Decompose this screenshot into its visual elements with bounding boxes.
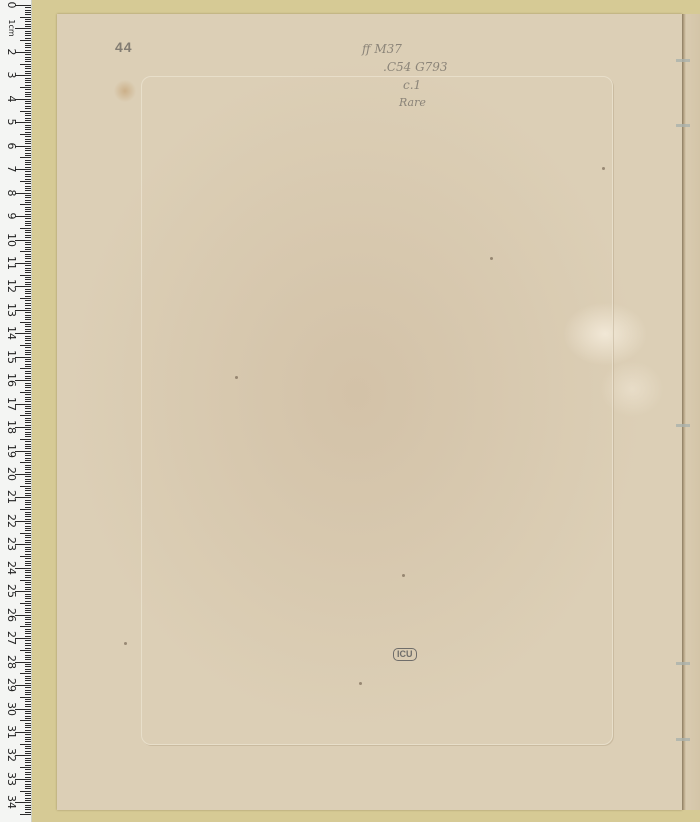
ruler-tick bbox=[25, 225, 31, 226]
ruler-tick bbox=[25, 469, 31, 470]
platemark-border bbox=[141, 76, 613, 745]
ruler-number: 15 bbox=[5, 348, 17, 366]
measuring-ruler: 01cm234567891011121314151617181920212223… bbox=[0, 0, 32, 822]
ruler-tick bbox=[25, 526, 31, 527]
ruler-tick bbox=[25, 420, 31, 421]
ruler-tick bbox=[20, 673, 31, 674]
ruler-tick bbox=[25, 115, 31, 116]
ruler-tick bbox=[25, 612, 31, 613]
ruler-tick bbox=[25, 223, 31, 224]
ruler-tick bbox=[20, 462, 31, 463]
ruler-tick bbox=[25, 798, 31, 799]
ruler-tick bbox=[25, 108, 31, 109]
ruler-tick bbox=[25, 277, 31, 278]
ruler-tick bbox=[25, 809, 31, 810]
ruler-number: 6 bbox=[5, 137, 17, 155]
ruler-tick bbox=[20, 626, 31, 627]
ruler-tick bbox=[25, 572, 31, 573]
ruler-tick bbox=[25, 519, 31, 520]
ruler-tick bbox=[25, 190, 31, 191]
ruler-tick bbox=[25, 387, 31, 388]
ruler-tick bbox=[20, 181, 31, 182]
ruler-number: 5 bbox=[5, 113, 17, 131]
ruler-tick bbox=[25, 21, 31, 22]
ruler-tick bbox=[25, 305, 31, 306]
ruler-tick bbox=[25, 605, 31, 606]
ruler-tick bbox=[20, 556, 31, 557]
ruler-number: 26 bbox=[5, 606, 17, 624]
ruler-tick bbox=[25, 648, 31, 649]
binding-stitch bbox=[676, 124, 690, 127]
ruler-tick bbox=[25, 676, 31, 677]
ruler-tick bbox=[25, 329, 31, 330]
ruler-tick bbox=[25, 12, 31, 13]
ruler-tick bbox=[25, 692, 31, 693]
ruler-number: 0 bbox=[5, 0, 17, 14]
ruler-tick bbox=[25, 19, 31, 20]
ruler-tick bbox=[25, 96, 31, 97]
ruler-tick bbox=[25, 535, 31, 536]
ruler-tick bbox=[25, 94, 31, 95]
ruler-tick bbox=[25, 249, 31, 250]
ruler-tick bbox=[25, 619, 31, 620]
ruler-tick bbox=[25, 244, 31, 245]
ruler-tick bbox=[25, 690, 31, 691]
ruler-number: 30 bbox=[5, 700, 17, 718]
ruler-number: 11 bbox=[5, 254, 17, 272]
ruler-tick bbox=[25, 390, 31, 391]
ruler-tick bbox=[25, 772, 31, 773]
ruler-tick bbox=[25, 582, 31, 583]
ruler-tick bbox=[25, 336, 31, 337]
ruler-tick bbox=[25, 516, 31, 517]
ruler-tick bbox=[25, 66, 31, 67]
ruler-tick bbox=[25, 694, 31, 695]
ruler-tick bbox=[25, 441, 31, 442]
ruler-tick bbox=[25, 683, 31, 684]
ruler-tick bbox=[25, 383, 31, 384]
ruler-tick bbox=[25, 10, 31, 11]
ruler-tick bbox=[25, 33, 31, 34]
ruler-number: 7 bbox=[5, 160, 17, 178]
ruler-tick bbox=[20, 40, 31, 41]
ruler-tick bbox=[25, 594, 31, 595]
ruler-tick bbox=[20, 111, 31, 112]
ruler-tick bbox=[20, 744, 31, 745]
ruler-tick bbox=[25, 359, 31, 360]
ruler-tick bbox=[25, 523, 31, 524]
ruler-tick bbox=[25, 47, 31, 48]
pencil-note-call-number: .C54 G793 bbox=[383, 60, 448, 74]
ruler-tick bbox=[25, 188, 31, 189]
ruler-tick bbox=[25, 737, 31, 738]
ruler-tick bbox=[25, 678, 31, 679]
ruler-tick bbox=[15, 28, 31, 29]
ruler-tick bbox=[25, 57, 31, 58]
ruler-tick bbox=[25, 610, 31, 611]
ruler-tick bbox=[25, 209, 31, 210]
ruler-tick bbox=[25, 361, 31, 362]
ruler-tick bbox=[20, 650, 31, 651]
ruler-number: 32 bbox=[5, 746, 17, 764]
ruler-tick bbox=[25, 364, 31, 365]
ruler-tick bbox=[25, 319, 31, 320]
ruler-tick bbox=[25, 617, 31, 618]
ruler-tick bbox=[25, 35, 31, 36]
ruler-tick bbox=[25, 176, 31, 177]
ruler-tick bbox=[25, 460, 31, 461]
ruler-tick bbox=[25, 406, 31, 407]
ruler-number: 29 bbox=[5, 676, 17, 694]
ruler-number: 34 bbox=[5, 793, 17, 811]
ruler-tick bbox=[25, 265, 31, 266]
ruler-tick bbox=[25, 68, 31, 69]
ruler-number: 13 bbox=[5, 301, 17, 319]
ruler-tick bbox=[25, 247, 31, 248]
ruler-tick bbox=[25, 596, 31, 597]
pencil-note-copy: c.1 bbox=[403, 78, 421, 92]
ruler-tick bbox=[25, 324, 31, 325]
ruler-tick bbox=[25, 624, 31, 625]
ruler-tick bbox=[25, 230, 31, 231]
ruler-number: 33 bbox=[5, 770, 17, 788]
ruler-tick bbox=[25, 713, 31, 714]
ruler-tick bbox=[25, 139, 31, 140]
ruler-tick bbox=[25, 472, 31, 473]
ruler-tick bbox=[20, 767, 31, 768]
ruler-tick bbox=[25, 659, 31, 660]
ruler-tick bbox=[25, 795, 31, 796]
corner-page-mark: 44 bbox=[115, 39, 133, 55]
ruler-tick bbox=[20, 791, 31, 792]
binding-stitch bbox=[676, 662, 690, 665]
ruler-tick bbox=[25, 401, 31, 402]
ruler-tick bbox=[25, 284, 31, 285]
ruler-tick bbox=[25, 200, 31, 201]
ruler-tick bbox=[25, 500, 31, 501]
ruler-tick bbox=[25, 127, 31, 128]
ruler-number: 19 bbox=[5, 442, 17, 460]
ruler-tick bbox=[25, 411, 31, 412]
pencil-note-rare: Rare bbox=[399, 96, 426, 110]
ruler-tick bbox=[25, 366, 31, 367]
ruler-tick bbox=[25, 153, 31, 154]
ruler-number: 25 bbox=[5, 582, 17, 600]
ruler-tick bbox=[25, 26, 31, 27]
ruler-tick bbox=[25, 669, 31, 670]
ruler-number: 21 bbox=[5, 488, 17, 506]
ruler-tick bbox=[25, 254, 31, 255]
ruler-tick bbox=[25, 598, 31, 599]
ruler-tick bbox=[25, 197, 31, 198]
ruler-tick bbox=[25, 371, 31, 372]
foxing-spot bbox=[124, 642, 127, 645]
ruler-tick bbox=[25, 530, 31, 531]
ruler-tick bbox=[25, 202, 31, 203]
ruler-tick bbox=[25, 150, 31, 151]
ruler-tick bbox=[20, 486, 31, 487]
ruler-tick bbox=[25, 608, 31, 609]
ruler-tick bbox=[25, 237, 31, 238]
ruler-tick bbox=[25, 82, 31, 83]
ruler-tick bbox=[25, 436, 31, 437]
ruler-tick bbox=[25, 164, 31, 165]
ruler-tick bbox=[25, 434, 31, 435]
ruler-tick bbox=[25, 589, 31, 590]
ruler-tick bbox=[25, 378, 31, 379]
ruler-tick bbox=[25, 85, 31, 86]
ruler-tick bbox=[25, 45, 31, 46]
ruler-tick bbox=[25, 490, 31, 491]
ruler-tick bbox=[25, 786, 31, 787]
ruler-tick bbox=[25, 762, 31, 763]
ruler-number: 2 bbox=[5, 43, 17, 61]
ruler-tick bbox=[25, 760, 31, 761]
ruler-tick bbox=[20, 157, 31, 158]
ruler-tick bbox=[25, 92, 31, 93]
ruler-number: 31 bbox=[5, 723, 17, 741]
ruler-tick bbox=[25, 645, 31, 646]
ruler-tick bbox=[25, 399, 31, 400]
ruler-tick bbox=[20, 251, 31, 252]
ruler-tick bbox=[25, 701, 31, 702]
ruler-tick bbox=[25, 261, 31, 262]
ruler-number: 8 bbox=[5, 184, 17, 202]
ruler-tick bbox=[25, 59, 31, 60]
ruler-tick bbox=[25, 418, 31, 419]
ruler-tick bbox=[25, 655, 31, 656]
ruler-tick bbox=[20, 275, 31, 276]
ruler-number: 18 bbox=[5, 418, 17, 436]
ruler-tick bbox=[25, 765, 31, 766]
ruler-tick bbox=[25, 563, 31, 564]
ruler-tick bbox=[25, 781, 31, 782]
ruler-tick bbox=[25, 148, 31, 149]
ruler-tick bbox=[20, 697, 31, 698]
ruler-tick bbox=[25, 554, 31, 555]
ruler-tick bbox=[25, 584, 31, 585]
ruler-tick bbox=[20, 415, 31, 416]
ruler-tick bbox=[25, 448, 31, 449]
ruler-tick bbox=[20, 580, 31, 581]
ruler-tick bbox=[25, 129, 31, 130]
ruler-tick bbox=[25, 340, 31, 341]
ruler-tick bbox=[25, 186, 31, 187]
ruler-tick bbox=[25, 315, 31, 316]
ruler-tick bbox=[25, 671, 31, 672]
ruler-tick bbox=[25, 7, 31, 8]
ruler-tick bbox=[25, 507, 31, 508]
ruler-tick bbox=[25, 120, 31, 121]
ruler-tick bbox=[25, 270, 31, 271]
ruler-number: 28 bbox=[5, 653, 17, 671]
ruler-tick bbox=[25, 640, 31, 641]
ruler-tick bbox=[25, 636, 31, 637]
ruler-tick bbox=[20, 720, 31, 721]
ruler-tick bbox=[20, 298, 31, 299]
ruler-tick bbox=[25, 279, 31, 280]
ruler-tick bbox=[25, 748, 31, 749]
ruler-tick bbox=[25, 31, 31, 32]
ruler-tick bbox=[25, 774, 31, 775]
ruler-tick bbox=[25, 769, 31, 770]
ruler-tick bbox=[25, 221, 31, 222]
ruler-tick bbox=[25, 80, 31, 81]
ruler-tick bbox=[25, 350, 31, 351]
ruler-tick bbox=[25, 730, 31, 731]
ruler-tick bbox=[25, 633, 31, 634]
ruler-tick bbox=[25, 495, 31, 496]
ruler-tick bbox=[25, 699, 31, 700]
ruler-tick bbox=[25, 195, 31, 196]
ruler-tick bbox=[25, 343, 31, 344]
ruler-tick bbox=[25, 479, 31, 480]
ruler-tick bbox=[25, 317, 31, 318]
ruler-tick bbox=[25, 483, 31, 484]
ruler-tick bbox=[25, 125, 31, 126]
ruler-tick bbox=[25, 24, 31, 25]
binding-stitch bbox=[676, 738, 690, 741]
ruler-tick bbox=[25, 394, 31, 395]
ruler-tick bbox=[25, 207, 31, 208]
ruler-tick bbox=[25, 444, 31, 445]
ruler-number: 12 bbox=[5, 277, 17, 295]
ruler-tick bbox=[20, 17, 31, 18]
ruler-tick bbox=[20, 345, 31, 346]
ruler-number: 22 bbox=[5, 512, 17, 530]
ruler-tick bbox=[25, 631, 31, 632]
ruler-tick bbox=[25, 155, 31, 156]
ruler-tick bbox=[25, 751, 31, 752]
ruler-tick bbox=[25, 291, 31, 292]
book-spine-gutter bbox=[682, 14, 700, 810]
ruler-tick bbox=[25, 160, 31, 161]
ruler-tick bbox=[25, 687, 31, 688]
ruler-tick bbox=[25, 704, 31, 705]
ruler-tick bbox=[20, 392, 31, 393]
ruler-number: 16 bbox=[5, 371, 17, 389]
ruler-tick bbox=[25, 805, 31, 806]
ruler-tick bbox=[25, 716, 31, 717]
ruler-tick bbox=[25, 73, 31, 74]
ruler-tick bbox=[25, 422, 31, 423]
ruler-tick bbox=[25, 141, 31, 142]
ruler-tick bbox=[25, 800, 31, 801]
ruler-tick bbox=[20, 368, 31, 369]
ruler-tick bbox=[25, 303, 31, 304]
ruler-tick bbox=[20, 87, 31, 88]
ruler-number: 24 bbox=[5, 559, 17, 577]
ruler-tick bbox=[25, 331, 31, 332]
ruler-tick bbox=[25, 354, 31, 355]
ruler-number: 4 bbox=[5, 90, 17, 108]
ruler-tick bbox=[25, 232, 31, 233]
ruler-tick bbox=[20, 814, 31, 815]
ruler-tick bbox=[25, 551, 31, 552]
ruler-tick bbox=[25, 652, 31, 653]
ruler-tick bbox=[25, 289, 31, 290]
ruler-tick bbox=[25, 570, 31, 571]
ruler-tick bbox=[25, 493, 31, 494]
ruler-tick bbox=[25, 101, 31, 102]
ruler-tick bbox=[25, 408, 31, 409]
ruler-tick bbox=[25, 657, 31, 658]
ruler-tick bbox=[25, 352, 31, 353]
ruler-tick bbox=[20, 439, 31, 440]
ruler-tick bbox=[25, 326, 31, 327]
ruler-tick bbox=[25, 587, 31, 588]
ruler-tick bbox=[25, 103, 31, 104]
ruler-tick bbox=[25, 723, 31, 724]
ruler-tick bbox=[25, 235, 31, 236]
ruler-tick bbox=[25, 643, 31, 644]
ruler-tick bbox=[25, 784, 31, 785]
ruler-tick bbox=[25, 725, 31, 726]
ruler-tick bbox=[25, 214, 31, 215]
ruler-tick bbox=[25, 118, 31, 119]
ruler-tick bbox=[25, 14, 31, 15]
ruler-tick bbox=[25, 488, 31, 489]
ruler-tick bbox=[25, 432, 31, 433]
ruler-tick bbox=[25, 38, 31, 39]
ruler-number: 17 bbox=[5, 395, 17, 413]
ruler-tick bbox=[25, 575, 31, 576]
foxing-spot bbox=[402, 574, 405, 577]
ruler-tick bbox=[25, 601, 31, 602]
ruler-tick bbox=[25, 54, 31, 55]
ruler-tick bbox=[25, 179, 31, 180]
ruler-tick bbox=[25, 547, 31, 548]
ruler-tick bbox=[25, 741, 31, 742]
ruler-tick bbox=[25, 777, 31, 778]
ruler-tick bbox=[25, 753, 31, 754]
ruler-tick bbox=[20, 228, 31, 229]
ruler-tick bbox=[25, 812, 31, 813]
ruler-tick bbox=[25, 43, 31, 44]
ruler-tick bbox=[25, 183, 31, 184]
ruler-tick bbox=[25, 268, 31, 269]
ruler-tick bbox=[25, 429, 31, 430]
ruler-tick bbox=[25, 338, 31, 339]
foxing-spot bbox=[490, 257, 493, 260]
ruler-tick bbox=[25, 465, 31, 466]
ruler-tick bbox=[25, 425, 31, 426]
ruler-tick bbox=[25, 397, 31, 398]
ruler-tick bbox=[25, 577, 31, 578]
ruler-tick bbox=[25, 512, 31, 513]
ruler-tick bbox=[20, 322, 31, 323]
ruler-number: 20 bbox=[5, 465, 17, 483]
foxing-spot bbox=[235, 376, 238, 379]
ruler-tick bbox=[25, 666, 31, 667]
blank-book-page: 44 ff M37 .C54 G793 c.1 Rare ICU bbox=[57, 14, 682, 810]
ruler-tick bbox=[25, 458, 31, 459]
ruler-tick bbox=[25, 455, 31, 456]
ruler-tick bbox=[25, 446, 31, 447]
ruler-tick bbox=[25, 272, 31, 273]
binding-stitch bbox=[676, 59, 690, 62]
ruler-tick bbox=[25, 258, 31, 259]
ruler-tick bbox=[25, 106, 31, 107]
ruler-tick bbox=[25, 136, 31, 137]
binding-stitch bbox=[676, 424, 690, 427]
ruler-tick bbox=[25, 807, 31, 808]
ruler-tick bbox=[25, 218, 31, 219]
ruler-tick bbox=[25, 565, 31, 566]
ruler-tick bbox=[25, 89, 31, 90]
ruler-tick bbox=[25, 711, 31, 712]
ruler-tick bbox=[25, 788, 31, 789]
